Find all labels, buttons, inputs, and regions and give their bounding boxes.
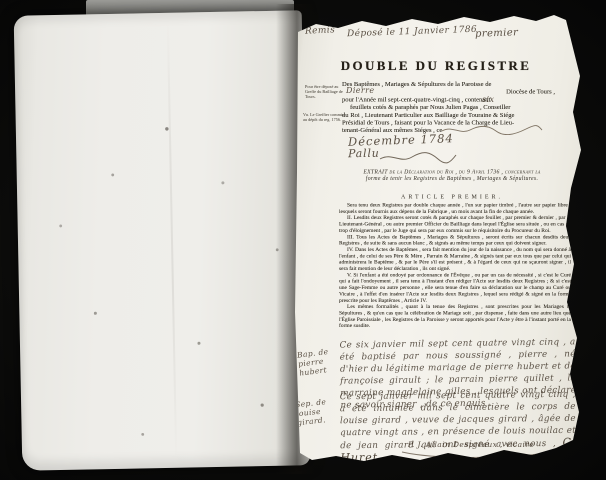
hw-parish-name: Dierre [346, 86, 375, 95]
paper-crease [166, 22, 176, 459]
extrait-line: forme de tenir les Registres de Baptêmes… [332, 176, 572, 183]
article-paragraph-3: III. Tous les Actes de Baptêmes , Mariag… [339, 234, 571, 247]
paraph-signature: Pallu [348, 147, 380, 161]
intro-line: feuillets cotés & paraphés par Nous Juli… [342, 103, 564, 111]
underline-flourish [398, 448, 568, 460]
hw-signature-name: Pallu [348, 147, 380, 161]
hw-deposit-date: Déposé le 11 Janvier 1786 [347, 25, 477, 40]
hw-feuillet-count: six [482, 95, 494, 104]
paper-specks [14, 16, 16, 18]
deposit-annotation: Remis Déposé le 11 Janvier 1786 premier [290, 26, 582, 42]
intro-line: pour l'Année mil sept-cent-quatre-vingt-… [342, 95, 564, 103]
article-paragraph-4: IV. Dans les Actes de Baptêmes , sera fa… [339, 246, 571, 271]
hw-premier: premier [475, 27, 519, 40]
article-paragraph-1: Sera tenu deux Registres par double chaq… [339, 202, 571, 215]
intro-line: du Roi , Lieutenant Particulier aux Bail… [342, 111, 564, 119]
margin-note-bapteme: Bap. de pierre hubert [297, 345, 344, 377]
article-paragraph-2: II. Lesdits deux Registres seront cotés … [339, 215, 571, 234]
article-paragraph-6: Les mêmes formalités , quant à la tenue … [339, 304, 571, 329]
intro-line: Diocèse de Tours , [342, 88, 564, 96]
extrait-heading: EXTRAIT de la Déclaration du Roi , du 9 … [332, 169, 572, 195]
archival-scan: Remis Déposé le 11 Janvier 1786 premier … [0, 0, 606, 480]
page-title: DOUBLE DU REGISTRE [330, 58, 542, 74]
margin-note-sepulture: Sep. de louise girard. [295, 396, 342, 427]
article-paragraph-5: V. Si l'enfant a été ondoyé par ordonnan… [339, 272, 571, 304]
left-blank-page [14, 10, 311, 470]
register-title-page: Remis Déposé le 11 Janvier 1786 premier … [290, 12, 582, 464]
intro-line: Des Baptêmes , Mariages & Sépultures de … [342, 80, 564, 88]
signature-paraph-flourish [378, 151, 458, 165]
ink-flourish [440, 125, 544, 135]
